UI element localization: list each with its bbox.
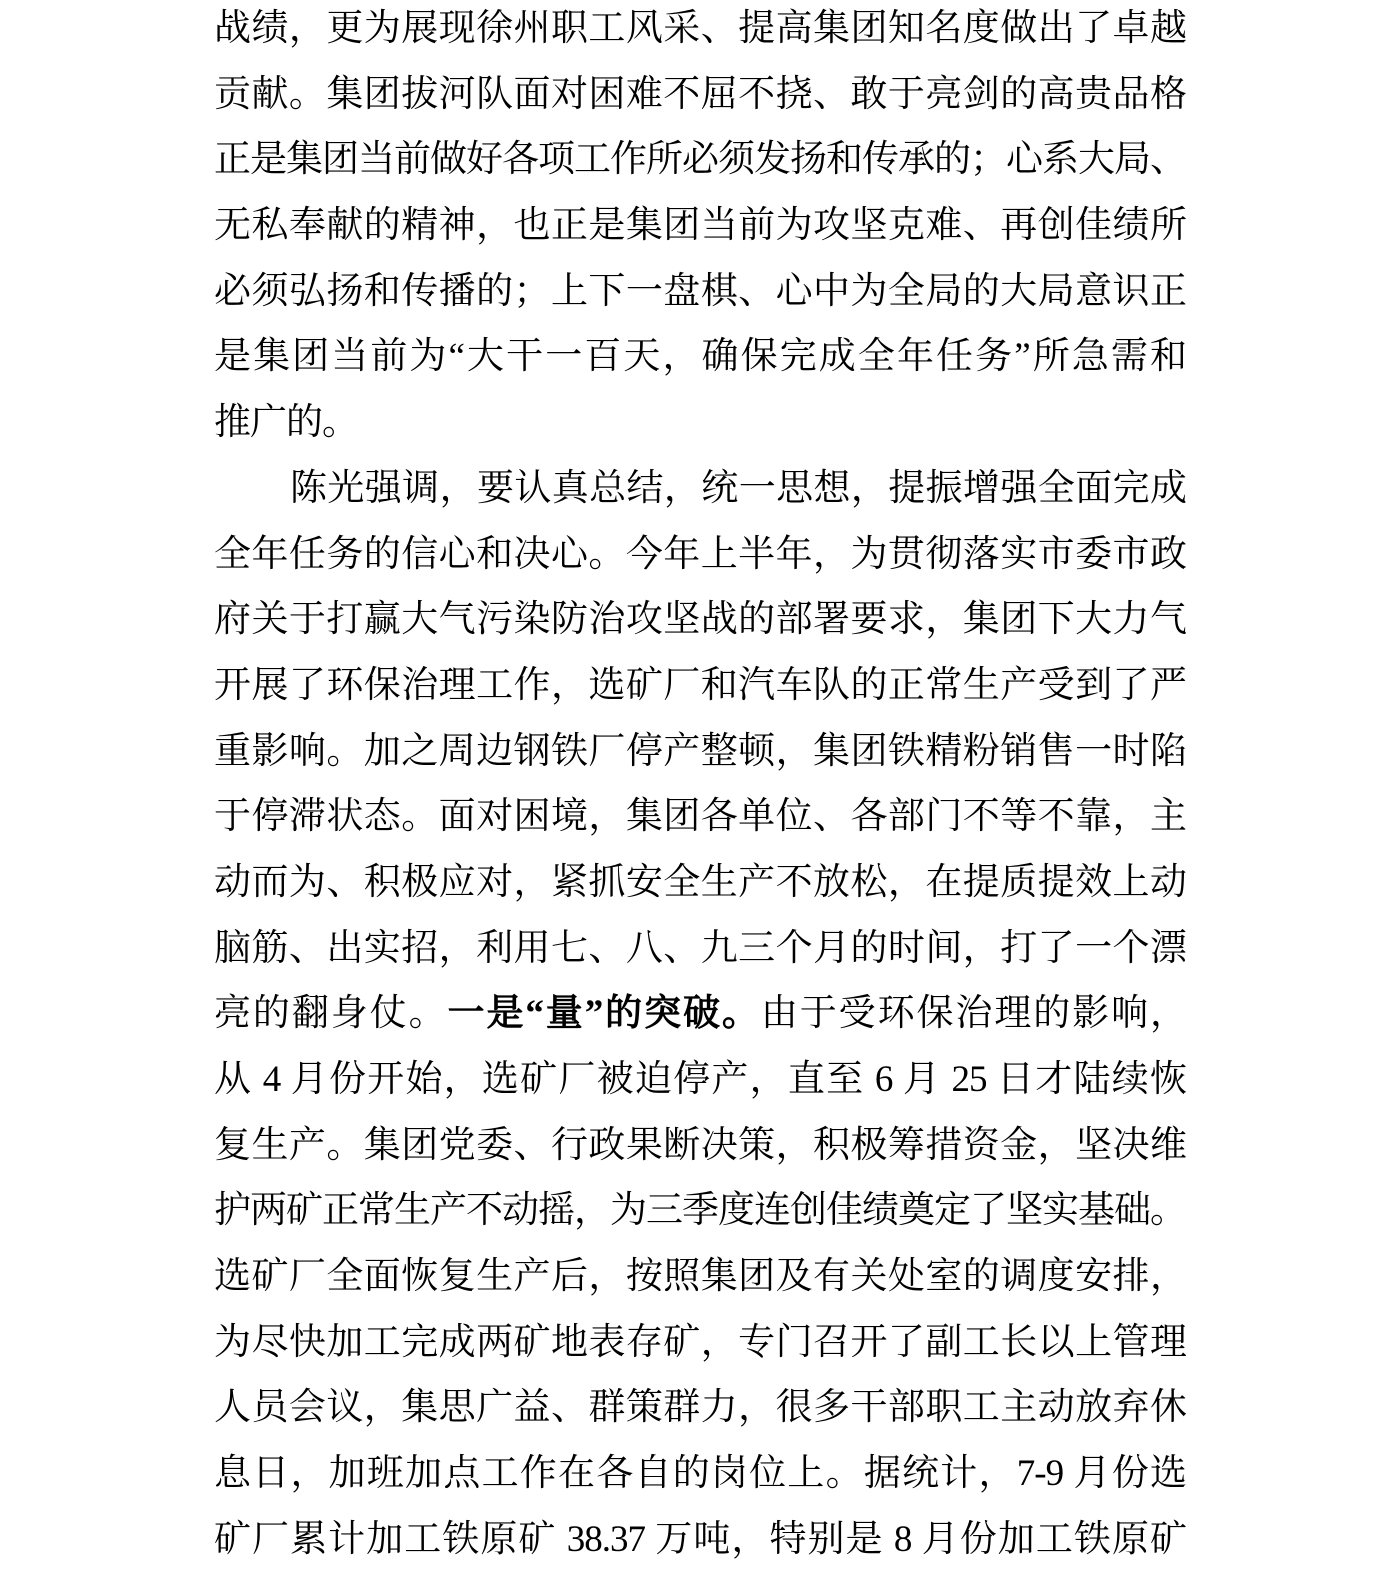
text-line: 脑筋、出实招，利用七、八、九三个月的时间，打了一个漂 (214, 916, 1186, 982)
text-line: 正是集团当前做好各项工作所必须发扬和传承的；心系大局、 (214, 127, 1186, 193)
bold-emphasis-text: 一是“量”的突破。 (448, 993, 761, 1034)
text-line: 推广的。 (214, 390, 1186, 456)
text-line: 从 4 月份开始，选矿厂被迫停产，直至 6 月 25 日才陆续恢 (214, 1047, 1186, 1113)
text-line: 动而为、积极应对，紧抓安全生产不放松，在提质提效上动 (214, 850, 1186, 916)
body-text-segment: 全年任务的信心和决心。今年上半年，为贯彻落实市委市政 (214, 534, 1186, 575)
body-text-segment: 重影响。加之周边钢铁厂停产整顿，集团铁精粉销售一时陷 (214, 731, 1186, 772)
body-text-segment: 息日，加班加点工作在各自的岗位上。据统计，7-9 月份选 (214, 1453, 1186, 1494)
paragraph: 战绩，更为展现徐州职工风采、提高集团知名度做出了卓越贡献。集团拔河队面对困难不屈… (214, 0, 1186, 456)
body-text-segment: 正是集团当前做好各项工作所必须发扬和传承的；心系大局、 (214, 139, 1186, 180)
text-line: 人员会议，集思广益、群策群力，很多干部职工主动放弃休 (214, 1375, 1186, 1441)
text-line: 开展了环保治理工作，选矿厂和汽车队的正常生产受到了严 (214, 653, 1186, 719)
body-text-segment: 由于受环保治理的影响， (761, 993, 1186, 1034)
text-line: 府关于打赢大气污染防治攻坚战的部署要求，集团下大力气 (214, 587, 1186, 653)
text-line: 选矿厂全面恢复生产后，按照集团及有关处室的调度安排， (214, 1244, 1186, 1310)
body-text-segment: 开展了环保治理工作，选矿厂和汽车队的正常生产受到了严 (214, 665, 1186, 706)
body-text-segment: 为尽快加工完成两矿地表存矿，专门召开了副工长以上管理 (214, 1322, 1186, 1363)
text-line: 贡献。集团拔河队面对困难不屈不挠、敢于亮剑的高贵品格 (214, 62, 1186, 128)
body-text-segment: 人员会议，集思广益、群策群力，很多干部职工主动放弃休 (214, 1387, 1186, 1428)
document-text: 战绩，更为展现徐州职工风采、提高集团知名度做出了卓越贡献。集团拔河队面对困难不屈… (214, 0, 1186, 1573)
text-line: 陈光强调，要认真总结，统一思想，提振增强全面完成 (214, 456, 1186, 522)
body-text-segment: 矿厂累计加工铁原矿 38.37 万吨，特别是 8 月份加工铁原矿 (214, 1519, 1186, 1560)
body-text-segment: 护两矿正常生产不动摇，为三季度连创佳绩奠定了坚实基础。 (214, 1190, 1186, 1231)
text-line: 亮的翻身仗。一是“量”的突破。由于受环保治理的影响， (214, 981, 1186, 1047)
body-text-segment: 战绩，更为展现徐州职工风采、提高集团知名度做出了卓越 (214, 8, 1186, 49)
text-line: 全年任务的信心和决心。今年上半年，为贯彻落实市委市政 (214, 522, 1186, 588)
text-line: 重影响。加之周边钢铁厂停产整顿，集团铁精粉销售一时陷 (214, 719, 1186, 785)
paragraph: 陈光强调，要认真总结，统一思想，提振增强全面完成全年任务的信心和决心。今年上半年… (214, 456, 1186, 1573)
text-line: 矿厂累计加工铁原矿 38.37 万吨，特别是 8 月份加工铁原矿 (214, 1507, 1186, 1573)
body-text-segment: 复生产。集团党委、行政果断决策，积极筹措资金，坚决维 (214, 1125, 1186, 1166)
body-text-segment: 动而为、积极应对，紧抓安全生产不放松，在提质提效上动 (214, 862, 1186, 903)
body-text-segment: 于停滞状态。面对困境，集团各单位、各部门不等不靠，主 (214, 796, 1186, 837)
text-line: 于停滞状态。面对困境，集团各单位、各部门不等不靠，主 (214, 784, 1186, 850)
body-text-segment: 府关于打赢大气污染防治攻坚战的部署要求，集团下大力气 (214, 599, 1186, 640)
body-text-segment: 脑筋、出实招，利用七、八、九三个月的时间，打了一个漂 (214, 928, 1186, 969)
body-text-segment: 选矿厂全面恢复生产后，按照集团及有关处室的调度安排， (214, 1256, 1186, 1297)
text-line: 息日，加班加点工作在各自的岗位上。据统计，7-9 月份选 (214, 1441, 1186, 1507)
body-text-segment: 是集团当前为“大干一百天，确保完成全年任务”所急需和 (214, 336, 1186, 377)
text-line: 复生产。集团党委、行政果断决策，积极筹措资金，坚决维 (214, 1113, 1186, 1179)
body-text-segment: 陈光强调，要认真总结，统一思想，提振增强全面完成 (290, 468, 1186, 509)
text-line: 战绩，更为展现徐州职工风采、提高集团知名度做出了卓越 (214, 0, 1186, 62)
document-page: 战绩，更为展现徐州职工风采、提高集团知名度做出了卓越贡献。集团拔河队面对困难不屈… (0, 0, 1400, 1577)
body-text-segment: 从 4 月份开始，选矿厂被迫停产，直至 6 月 25 日才陆续恢 (214, 1059, 1186, 1100)
text-line: 无私奉献的精神，也正是集团当前为攻坚克难、再创佳绩所 (214, 193, 1186, 259)
text-line: 护两矿正常生产不动摇，为三季度连创佳绩奠定了坚实基础。 (214, 1178, 1186, 1244)
text-line: 为尽快加工完成两矿地表存矿，专门召开了副工长以上管理 (214, 1310, 1186, 1376)
text-line: 是集团当前为“大干一百天，确保完成全年任务”所急需和 (214, 324, 1186, 390)
body-text-segment: 必须弘扬和传播的；上下一盘棋、心中为全局的大局意识正 (214, 271, 1186, 312)
body-text-segment: 推广的。 (214, 402, 358, 443)
body-text-segment: 无私奉献的精神，也正是集团当前为攻坚克难、再创佳绩所 (214, 205, 1186, 246)
body-text-segment: 贡献。集团拔河队面对困难不屈不挠、敢于亮剑的高贵品格 (214, 74, 1186, 115)
body-text-segment: 亮的翻身仗。 (214, 993, 448, 1034)
text-line: 必须弘扬和传播的；上下一盘棋、心中为全局的大局意识正 (214, 259, 1186, 325)
